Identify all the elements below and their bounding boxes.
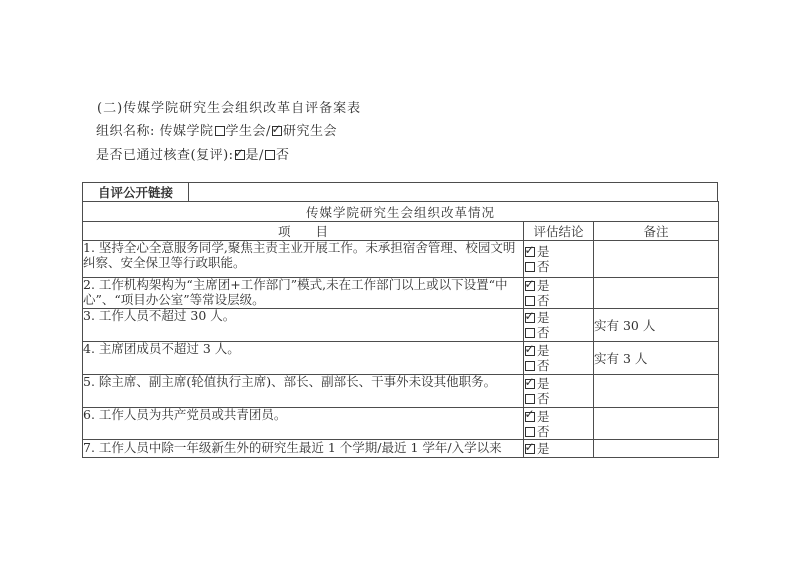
review-separator: / bbox=[259, 148, 264, 163]
checkbox-no-line: 否 bbox=[524, 424, 593, 439]
review-no-label: 否 bbox=[276, 148, 290, 163]
table-row: 1. 坚持全心全意服务同学,聚焦主责主业开展工作。未承担宿舍管理、校园文明纠察、… bbox=[83, 241, 719, 278]
no-label: 否 bbox=[537, 325, 550, 340]
checkbox-yes-line: ✓是 bbox=[524, 244, 593, 259]
org-name-line: 组织名称: 传媒学院学生会/✓研究生会 bbox=[96, 120, 337, 139]
check-mark-icon: ✓ bbox=[525, 441, 535, 453]
review-line: 是否已通过核查(复评):✓是/否 bbox=[96, 144, 289, 163]
remark-text: 实有 30 人 bbox=[594, 318, 655, 333]
reform-status-table: 传媒学院研究生会组织改革情况 项 目 评估结论 备注 1. 坚持全心全意服务同学… bbox=[82, 201, 719, 458]
checkbox-checked-icon: ✓ bbox=[525, 247, 535, 257]
conclusion-cell: ✓是 bbox=[524, 440, 594, 458]
conclusion-cell: ✓是 否 bbox=[524, 309, 594, 342]
table-title: 传媒学院研究生会组织改革情况 bbox=[83, 202, 719, 222]
review-label: 是否已通过核查(复评): bbox=[96, 148, 234, 163]
checkbox-checked-icon: ✓ bbox=[525, 281, 535, 291]
checkbox-unchecked-icon bbox=[525, 394, 535, 404]
header-remark: 备注 bbox=[594, 222, 719, 241]
checkbox-yes-line: ✓是 bbox=[524, 310, 593, 325]
review-yes-label: 是 bbox=[246, 148, 260, 163]
item-text: 6. 工作人员为共产党员或共青团员。 bbox=[83, 407, 286, 422]
checkbox-no-line: 否 bbox=[524, 358, 593, 373]
table-row: 6. 工作人员为共产党员或共青团员。 ✓是 否 bbox=[83, 408, 719, 440]
remark-cell bbox=[594, 375, 719, 408]
self-assessment-link-box: 自评公开链接 bbox=[82, 182, 718, 202]
check-mark-icon: ✓ bbox=[525, 278, 535, 290]
checkbox-yes-line: ✓是 bbox=[524, 278, 593, 293]
item-text: 2. 工作机构架构为“主席团+工作部门”模式,未在工作部门以上或以下设置“中心”… bbox=[83, 277, 508, 307]
checkbox-unchecked-icon bbox=[525, 361, 535, 371]
check-mark-icon: ✓ bbox=[234, 147, 245, 159]
checkbox-yes-line: ✓是 bbox=[524, 376, 593, 391]
org-separator: / bbox=[266, 124, 271, 139]
checkbox-yes-line: ✓是 bbox=[524, 343, 593, 358]
item-cell: 4. 主席团成员不超过 3 人。 bbox=[83, 342, 524, 375]
check-mark-icon: ✓ bbox=[525, 376, 535, 388]
item-cell: 1. 坚持全心全意服务同学,聚焦主责主业开展工作。未承担宿舍管理、校园文明纠察、… bbox=[83, 241, 524, 278]
checkbox-no-line: 否 bbox=[524, 325, 593, 340]
no-label: 否 bbox=[537, 259, 550, 274]
remark-cell: 实有 3 人 bbox=[594, 342, 719, 375]
table-row: 5. 除主席、副主席(轮值执行主席)、部长、副部长、干事外未设其他职务。 ✓是 … bbox=[83, 375, 719, 408]
conclusion-cell: ✓是 否 bbox=[524, 241, 594, 278]
no-label: 否 bbox=[537, 391, 550, 406]
item-cell: 3. 工作人员不超过 30 人。 bbox=[83, 309, 524, 342]
remark-cell bbox=[594, 408, 719, 440]
table-row: 3. 工作人员不超过 30 人。 ✓是 否 实有 30 人 bbox=[83, 309, 719, 342]
checkbox-unchecked-icon bbox=[525, 427, 535, 437]
header-item: 项 目 bbox=[83, 222, 524, 241]
table-row: 2. 工作机构架构为“主席团+工作部门”模式,未在工作部门以上或以下设置“中心”… bbox=[83, 278, 719, 309]
item-text: 5. 除主席、副主席(轮值执行主席)、部长、副部长、干事外未设其他职务。 bbox=[83, 374, 496, 389]
checkbox-no-line: 否 bbox=[524, 391, 593, 406]
check-mark-icon: ✓ bbox=[525, 343, 535, 355]
item-cell: 5. 除主席、副主席(轮值执行主席)、部长、副部长、干事外未设其他职务。 bbox=[83, 375, 524, 408]
checkbox-checked-icon: ✓ bbox=[525, 346, 535, 356]
no-label: 否 bbox=[537, 358, 550, 373]
checkbox-unchecked-icon bbox=[525, 328, 535, 338]
conclusion-cell: ✓是 否 bbox=[524, 408, 594, 440]
link-box-label: 自评公开链接 bbox=[83, 183, 189, 202]
remark-cell: 实有 30 人 bbox=[594, 309, 719, 342]
remark-cell bbox=[594, 241, 719, 278]
item-cell: 7. 工作人员中除一年级新生外的研究生最近 1 个学期/最近 1 学年/入学以来 bbox=[83, 440, 524, 458]
conclusion-cell: ✓是 否 bbox=[524, 342, 594, 375]
yes-label: 是 bbox=[537, 343, 550, 358]
checkbox-no-line: 否 bbox=[524, 293, 593, 308]
checkbox-no-line: 否 bbox=[524, 259, 593, 274]
yes-label: 是 bbox=[537, 244, 550, 259]
item-text: 7. 工作人员中除一年级新生外的研究生最近 1 个学期/最近 1 学年/入学以来 bbox=[83, 440, 502, 455]
table-row: 7. 工作人员中除一年级新生外的研究生最近 1 个学期/最近 1 学年/入学以来… bbox=[83, 440, 719, 458]
org-prefix: 传媒学院 bbox=[155, 124, 214, 139]
checkbox-checked-icon: ✓ bbox=[525, 412, 535, 422]
yes-label: 是 bbox=[537, 376, 550, 391]
check-mark-icon: ✓ bbox=[271, 123, 282, 135]
no-label: 否 bbox=[537, 293, 550, 308]
org-option-grad-union: 研究生会 bbox=[283, 124, 337, 139]
checkbox-yes-line: ✓是 bbox=[524, 441, 593, 456]
checkbox-checked-icon: ✓ bbox=[272, 126, 282, 136]
remark-cell bbox=[594, 278, 719, 309]
no-label: 否 bbox=[537, 424, 550, 439]
checkbox-checked-icon: ✓ bbox=[525, 379, 535, 389]
remark-text: 实有 3 人 bbox=[594, 351, 647, 366]
checkbox-unchecked-icon bbox=[525, 262, 535, 272]
yes-label: 是 bbox=[537, 409, 550, 424]
item-text: 3. 工作人员不超过 30 人。 bbox=[83, 308, 235, 323]
checkbox-unchecked-icon bbox=[265, 150, 275, 160]
checkbox-checked-icon: ✓ bbox=[235, 150, 245, 160]
check-mark-icon: ✓ bbox=[525, 310, 535, 322]
table-row: 4. 主席团成员不超过 3 人。 ✓是 否 实有 3 人 bbox=[83, 342, 719, 375]
check-mark-icon: ✓ bbox=[525, 244, 535, 256]
org-option-student-union: 学生会 bbox=[226, 124, 267, 139]
checkbox-unchecked-icon bbox=[525, 296, 535, 306]
yes-label: 是 bbox=[537, 441, 550, 456]
check-mark-icon: ✓ bbox=[525, 408, 535, 420]
conclusion-cell: ✓是 否 bbox=[524, 375, 594, 408]
item-cell: 2. 工作机构架构为“主席团+工作部门”模式,未在工作部门以上或以下设置“中心”… bbox=[83, 278, 524, 309]
item-text: 1. 坚持全心全意服务同学,聚焦主责主业开展工作。未承担宿舍管理、校园文明纠察、… bbox=[83, 240, 515, 270]
checkbox-unchecked-icon bbox=[215, 126, 225, 136]
checkbox-checked-icon: ✓ bbox=[525, 313, 535, 323]
org-label: 组织名称: bbox=[96, 124, 155, 139]
doc-title: (二)传媒学院研究生会组织改革自评备案表 bbox=[97, 97, 361, 116]
yes-label: 是 bbox=[537, 310, 550, 325]
checkbox-yes-line: ✓是 bbox=[524, 409, 593, 424]
item-cell: 6. 工作人员为共产党员或共青团员。 bbox=[83, 408, 524, 440]
yes-label: 是 bbox=[537, 278, 550, 293]
remark-cell bbox=[594, 440, 719, 458]
item-text: 4. 主席团成员不超过 3 人。 bbox=[83, 341, 240, 356]
conclusion-cell: ✓是 否 bbox=[524, 278, 594, 309]
table-title-row: 传媒学院研究生会组织改革情况 bbox=[83, 202, 719, 222]
table-header-row: 项 目 评估结论 备注 bbox=[83, 222, 719, 241]
header-conclusion: 评估结论 bbox=[524, 222, 594, 241]
checkbox-checked-icon: ✓ bbox=[525, 444, 535, 454]
document-page: (二)传媒学院研究生会组织改革自评备案表 组织名称: 传媒学院学生会/✓研究生会… bbox=[0, 0, 799, 565]
link-box-value bbox=[189, 183, 718, 202]
